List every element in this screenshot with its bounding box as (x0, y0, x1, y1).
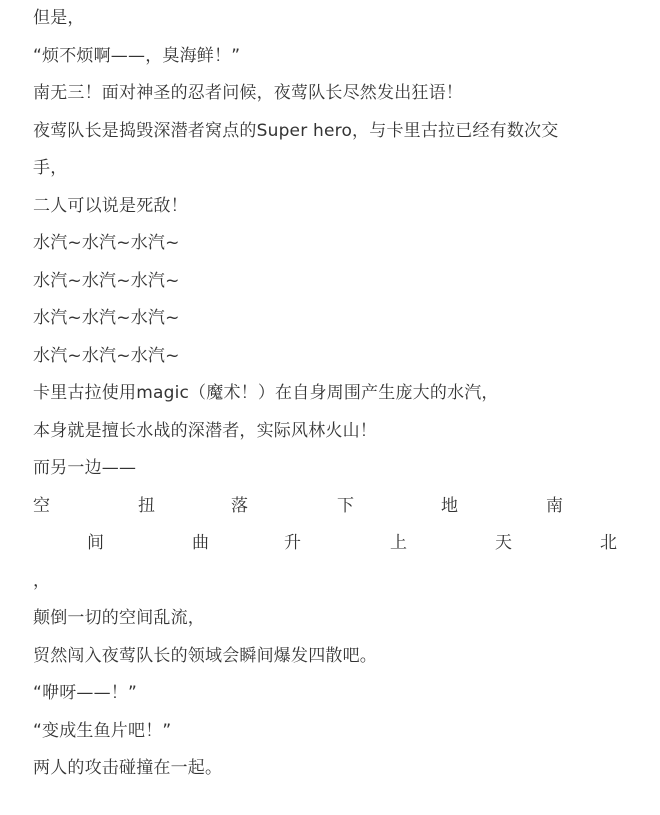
paragraph: 二人可以说是死敌！ (33, 188, 623, 226)
spread-char: 天 (495, 525, 512, 563)
paragraph: 两人的攻击碰撞在一起。 (33, 750, 623, 788)
spread-char: 下 (337, 488, 354, 526)
paragraph: 手， (33, 150, 623, 188)
paragraph: 本身就是擅长水战的深潜者，实际风林火山！ (33, 413, 623, 451)
paragraph: “咿呀——！” (33, 675, 623, 713)
spread-text-row-2: 间 曲 升 上 天 北 (33, 525, 623, 563)
paragraph: “烦不烦啊——，臭海鲜！” (33, 38, 623, 76)
paragraph: 南无三！面对神圣的忍者问候，夜莺队长尽然发出狂语！ (33, 75, 623, 113)
paragraph: 但是， (33, 0, 623, 38)
paragraph: 水汽~水汽~水汽~ (33, 225, 623, 263)
spread-char: 扭 (138, 488, 155, 526)
paragraph: 贸然闯入夜莺队长的领域会瞬间爆发四散吧。 (33, 638, 623, 676)
spread-char: 地 (441, 488, 458, 526)
spread-char: 间 (87, 525, 104, 563)
spread-char: 北 (600, 525, 617, 563)
spread-trailing-comma: ， (33, 563, 623, 601)
paragraph: 而另一边—— (33, 450, 623, 488)
paragraph: 水汽~水汽~水汽~ (33, 338, 623, 376)
spread-char: 空 (33, 488, 50, 526)
article-body: 但是， “烦不烦啊——，臭海鲜！” 南无三！面对神圣的忍者问候，夜莺队长尽然发出… (33, 0, 623, 788)
spread-char: 南 (546, 488, 563, 526)
spread-char: 升 (284, 525, 301, 563)
spread-char: 曲 (192, 525, 209, 563)
spread-text-row-1: 空 扭 落 下 地 南 (33, 488, 623, 526)
spread-char: 上 (390, 525, 407, 563)
paragraph: 卡里古拉使用magic（魔术！）在自身周围产生庞大的水汽， (33, 375, 623, 413)
paragraph: 水汽~水汽~水汽~ (33, 263, 623, 301)
paragraph: 水汽~水汽~水汽~ (33, 300, 623, 338)
spread-char: 落 (231, 488, 248, 526)
paragraph: “变成生鱼片吧！” (33, 713, 623, 751)
paragraph: 颠倒一切的空间乱流， (33, 600, 623, 638)
paragraph: 夜莺队长是捣毁深潜者窝点的Super hero，与卡里古拉已经有数次交 (33, 113, 623, 151)
